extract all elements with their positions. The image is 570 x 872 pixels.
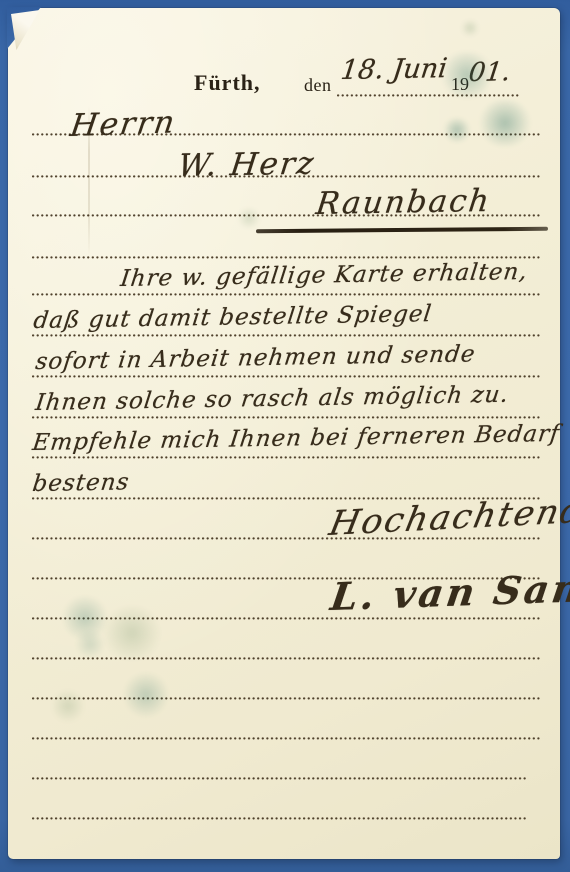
ruled-line (32, 334, 540, 337)
handwritten-body-line: bestens (31, 469, 131, 497)
folded-corner (11, 10, 41, 50)
ruled-line-date (337, 94, 519, 97)
ruled-line (32, 697, 540, 700)
handwritten-signature: L. van Sam (328, 565, 570, 619)
handwritten-salutation: Herrn (68, 104, 179, 144)
ruled-line (32, 293, 540, 296)
ruled-line (32, 537, 540, 540)
handwritten-body-line: Ihre w. gefällige Karte erhalten, (119, 259, 529, 292)
ink-bleed-mark (438, 52, 496, 98)
handwritten-recipient-name: W. Herz (176, 146, 317, 184)
printed-place-label: Fürth, (194, 70, 261, 96)
handwritten-date: 18. Juni (339, 53, 449, 86)
ink-bleed-mark (236, 208, 262, 228)
handwritten-body-line: daß gut damit bestellte Spiegel (32, 301, 433, 334)
address-underline (256, 227, 548, 234)
handwritten-body-line: Ihnen solche so rasch als möglich zu. (34, 382, 510, 416)
ink-bleed-mark (100, 606, 164, 660)
ink-bleed-mark (124, 670, 168, 720)
ruled-line (32, 657, 540, 660)
ink-bleed-mark (442, 118, 472, 142)
ruled-line (32, 456, 540, 459)
ink-bleed-mark (74, 630, 106, 658)
ink-bleed-mark (50, 690, 86, 722)
handwritten-body-line: Empfehle mich Ihnen bei ferneren Bedarf (31, 421, 561, 456)
ink-bleed-mark (460, 20, 480, 36)
ruled-line (32, 817, 528, 820)
correspondence-card: Fürth, den 19 18. Juni 01. Herrn W. Herz… (8, 8, 560, 859)
ruled-line (32, 416, 540, 419)
handwritten-body-line: sofort in Arbeit nehmen und sende (34, 341, 477, 375)
ruled-line (32, 375, 540, 378)
ruled-line (32, 256, 540, 259)
ink-bleed-mark (476, 100, 534, 146)
ruled-line (32, 737, 540, 740)
photo-background: Fürth, den 19 18. Juni 01. Herrn W. Herz… (0, 0, 570, 872)
ruled-line (32, 777, 528, 780)
printed-den-label: den (304, 75, 332, 96)
handwritten-recipient-place: Raunbach (314, 183, 493, 222)
